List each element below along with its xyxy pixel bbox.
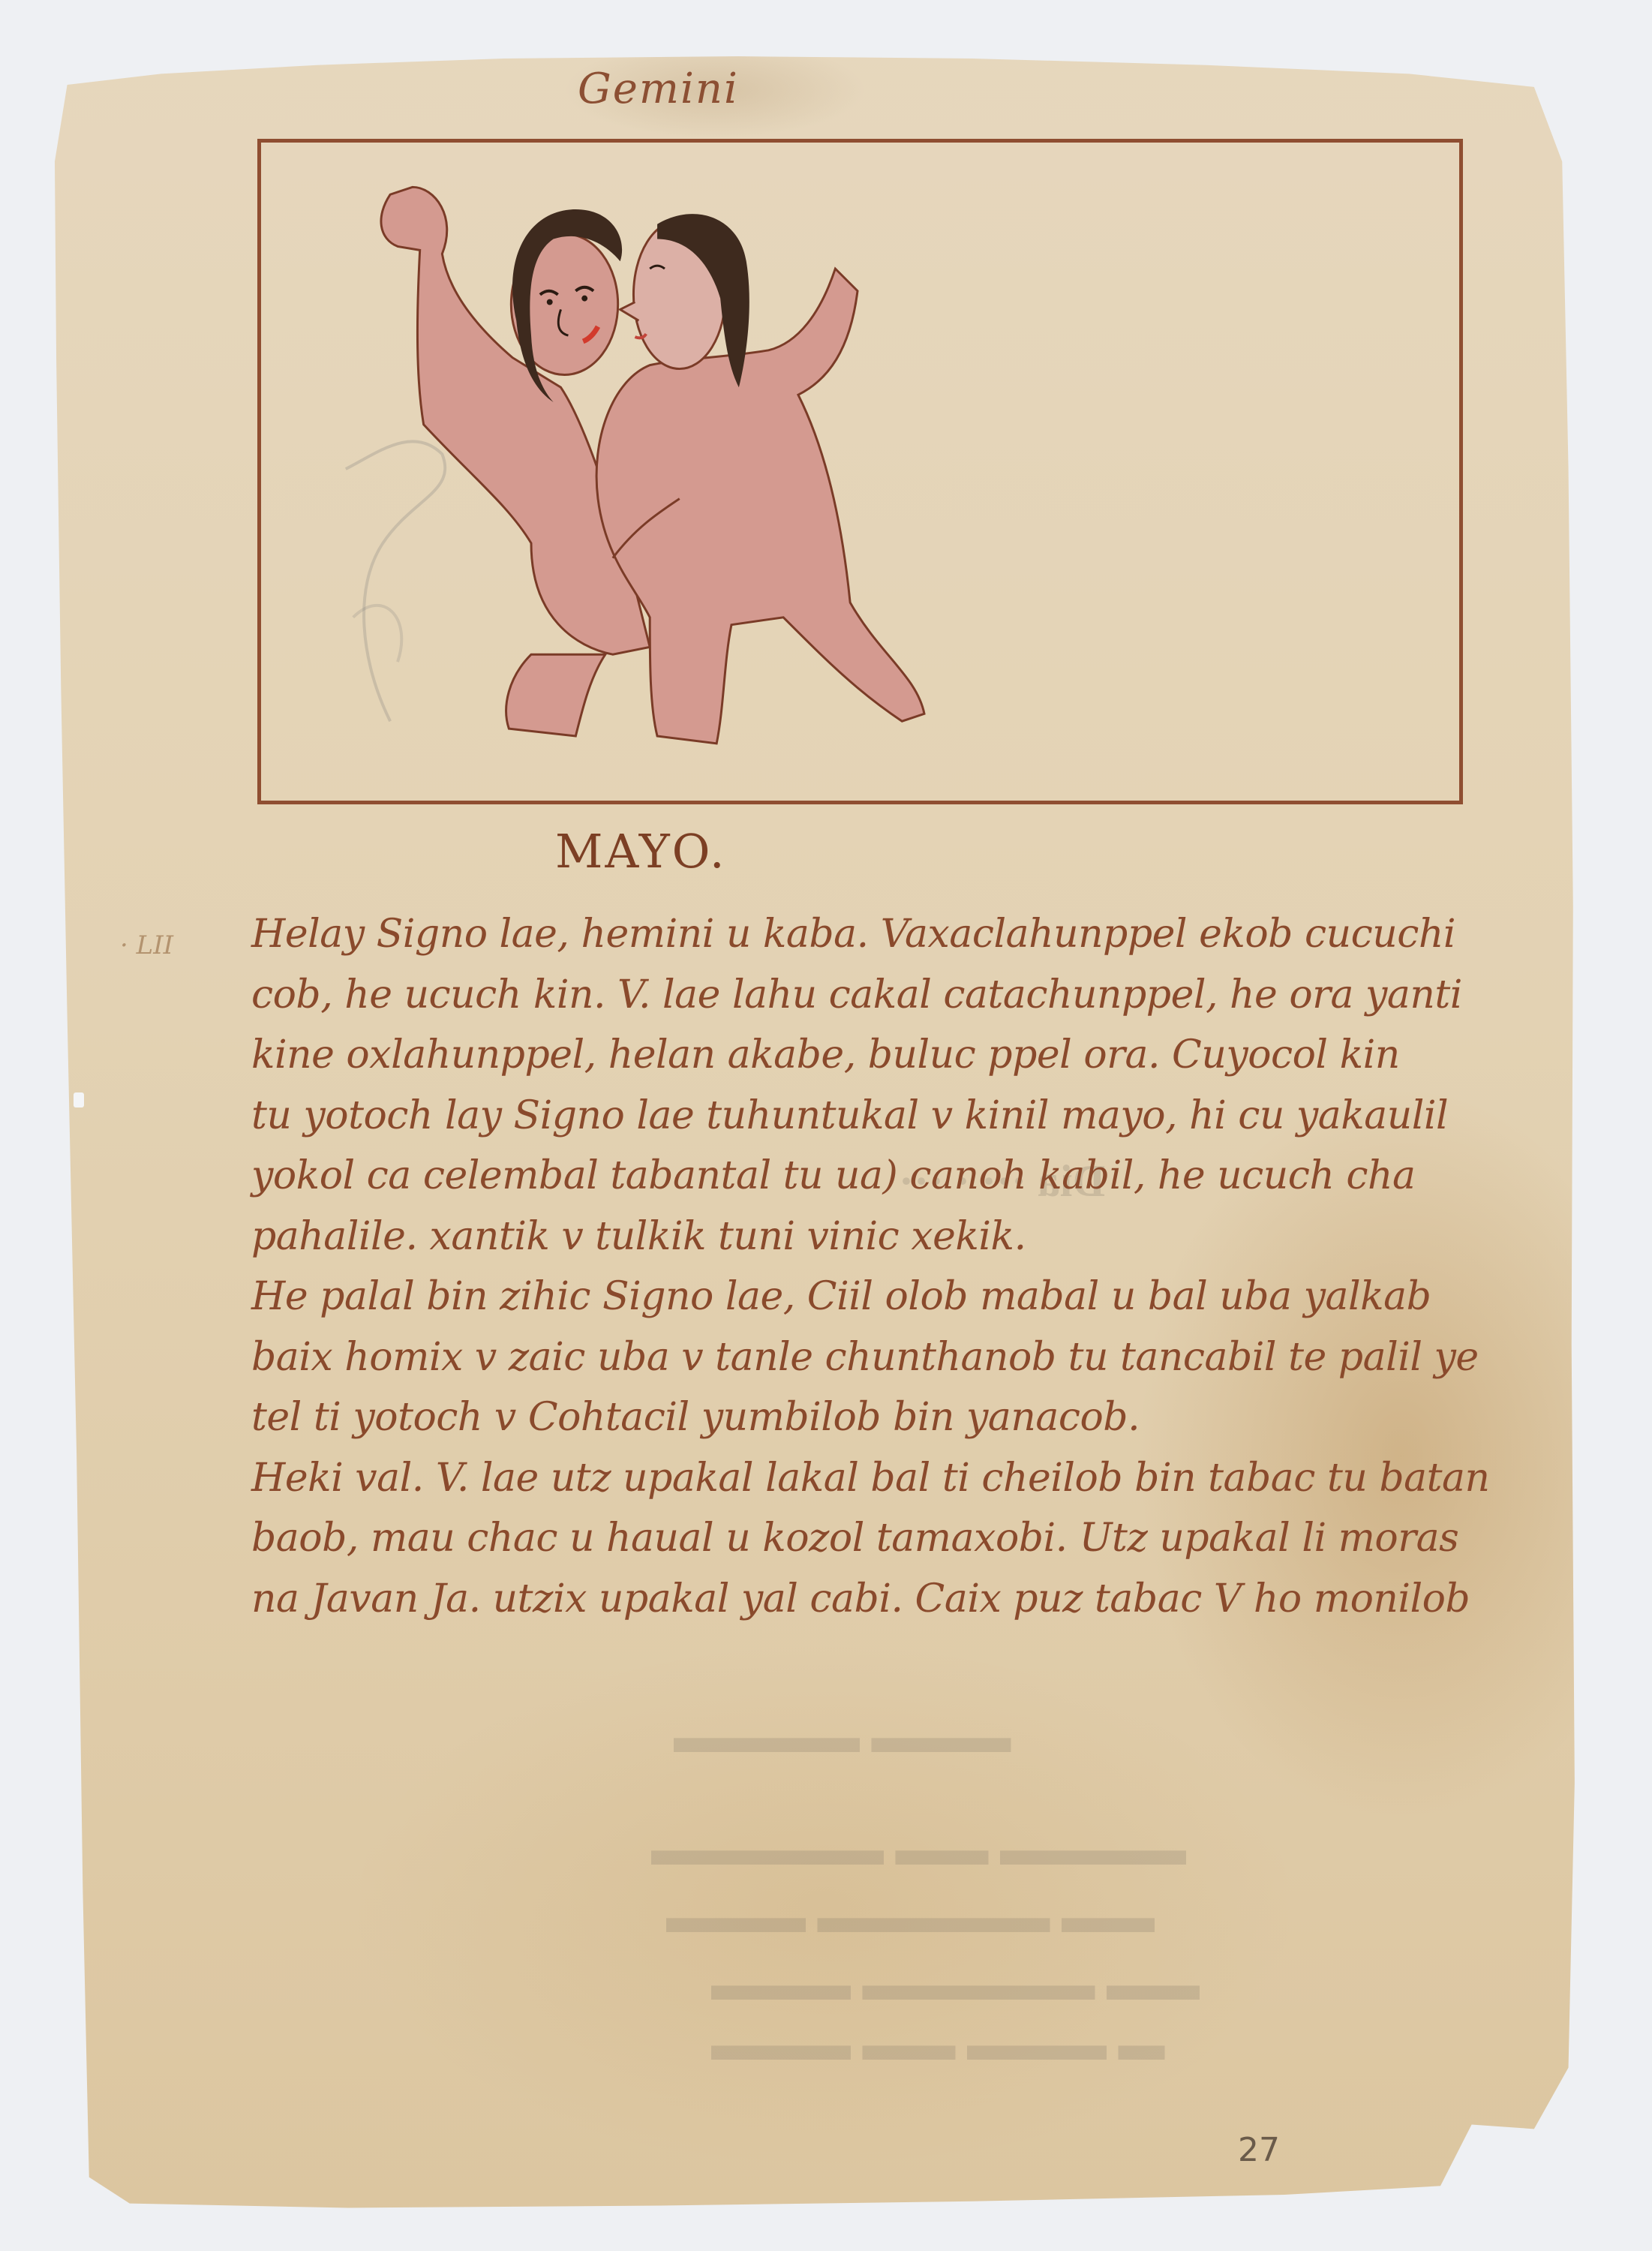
show-through-text: ▬▬▬▬ ▬▬ ▬▬▬▬▬ xyxy=(651,1823,1186,1877)
text-line: Heki val. V. lae utz upakal lakal bal ti… xyxy=(251,1448,1602,1509)
right-twin xyxy=(596,214,924,744)
month-heading: MAYO. xyxy=(555,824,727,879)
show-through-text: ▬▬ ▬▬▬▬▬ ▬▬▬ xyxy=(711,1958,1200,2012)
text-line: He palal bin zihic Signo lae, Ciil olob … xyxy=(251,1267,1602,1327)
text-line: baob, mau chac u haual u kozol tamaxobi.… xyxy=(251,1508,1602,1569)
text-line: baix homix v zaic uba v tanle chunthanob… xyxy=(251,1327,1602,1388)
zodiac-caption: Gemini xyxy=(578,65,739,113)
margin-annotation: · LII xyxy=(120,930,173,960)
show-through-text: ▬▬ ▬▬▬▬▬ ▬▬▬ xyxy=(666,1891,1155,1944)
show-through-text: ▬ ▬▬▬ ▬▬ ▬▬▬ xyxy=(711,2018,1165,2072)
text-line: tu yotoch lay Signo lae tuhuntukal v kin… xyxy=(251,1086,1602,1147)
text-line: Helay Signo lae, hemini u kaba. Vaxaclah… xyxy=(251,904,1602,965)
paper-hole xyxy=(74,1092,84,1107)
text-line: tel ti yotoch v Cohtacil yumbilob bin ya… xyxy=(251,1387,1602,1448)
text-line: pahalile. xantik v tulkik tuni vinic xek… xyxy=(251,1207,1602,1267)
maya-text-block: Helay Signo lae, hemini u kaba. Vaxaclah… xyxy=(251,904,1602,1629)
text-line: cob, he ucuch kin. V. lae lahu cakal cat… xyxy=(251,965,1602,1026)
show-through-text: ▬▬▬ ▬▬▬▬ xyxy=(674,1711,1011,1764)
gemini-twins-illustration xyxy=(261,143,1459,801)
text-line: na Javan Ja. utzix upakal yal cabi. Caix… xyxy=(251,1569,1602,1630)
text-line: yokol ca celembal tabantal tu ua) canoh … xyxy=(251,1146,1602,1207)
text-line: kine oxlahunppel, helan akabe, buluc ppe… xyxy=(251,1025,1602,1086)
illustration-frame xyxy=(257,139,1463,804)
page-number: 27 xyxy=(1238,2131,1280,2169)
